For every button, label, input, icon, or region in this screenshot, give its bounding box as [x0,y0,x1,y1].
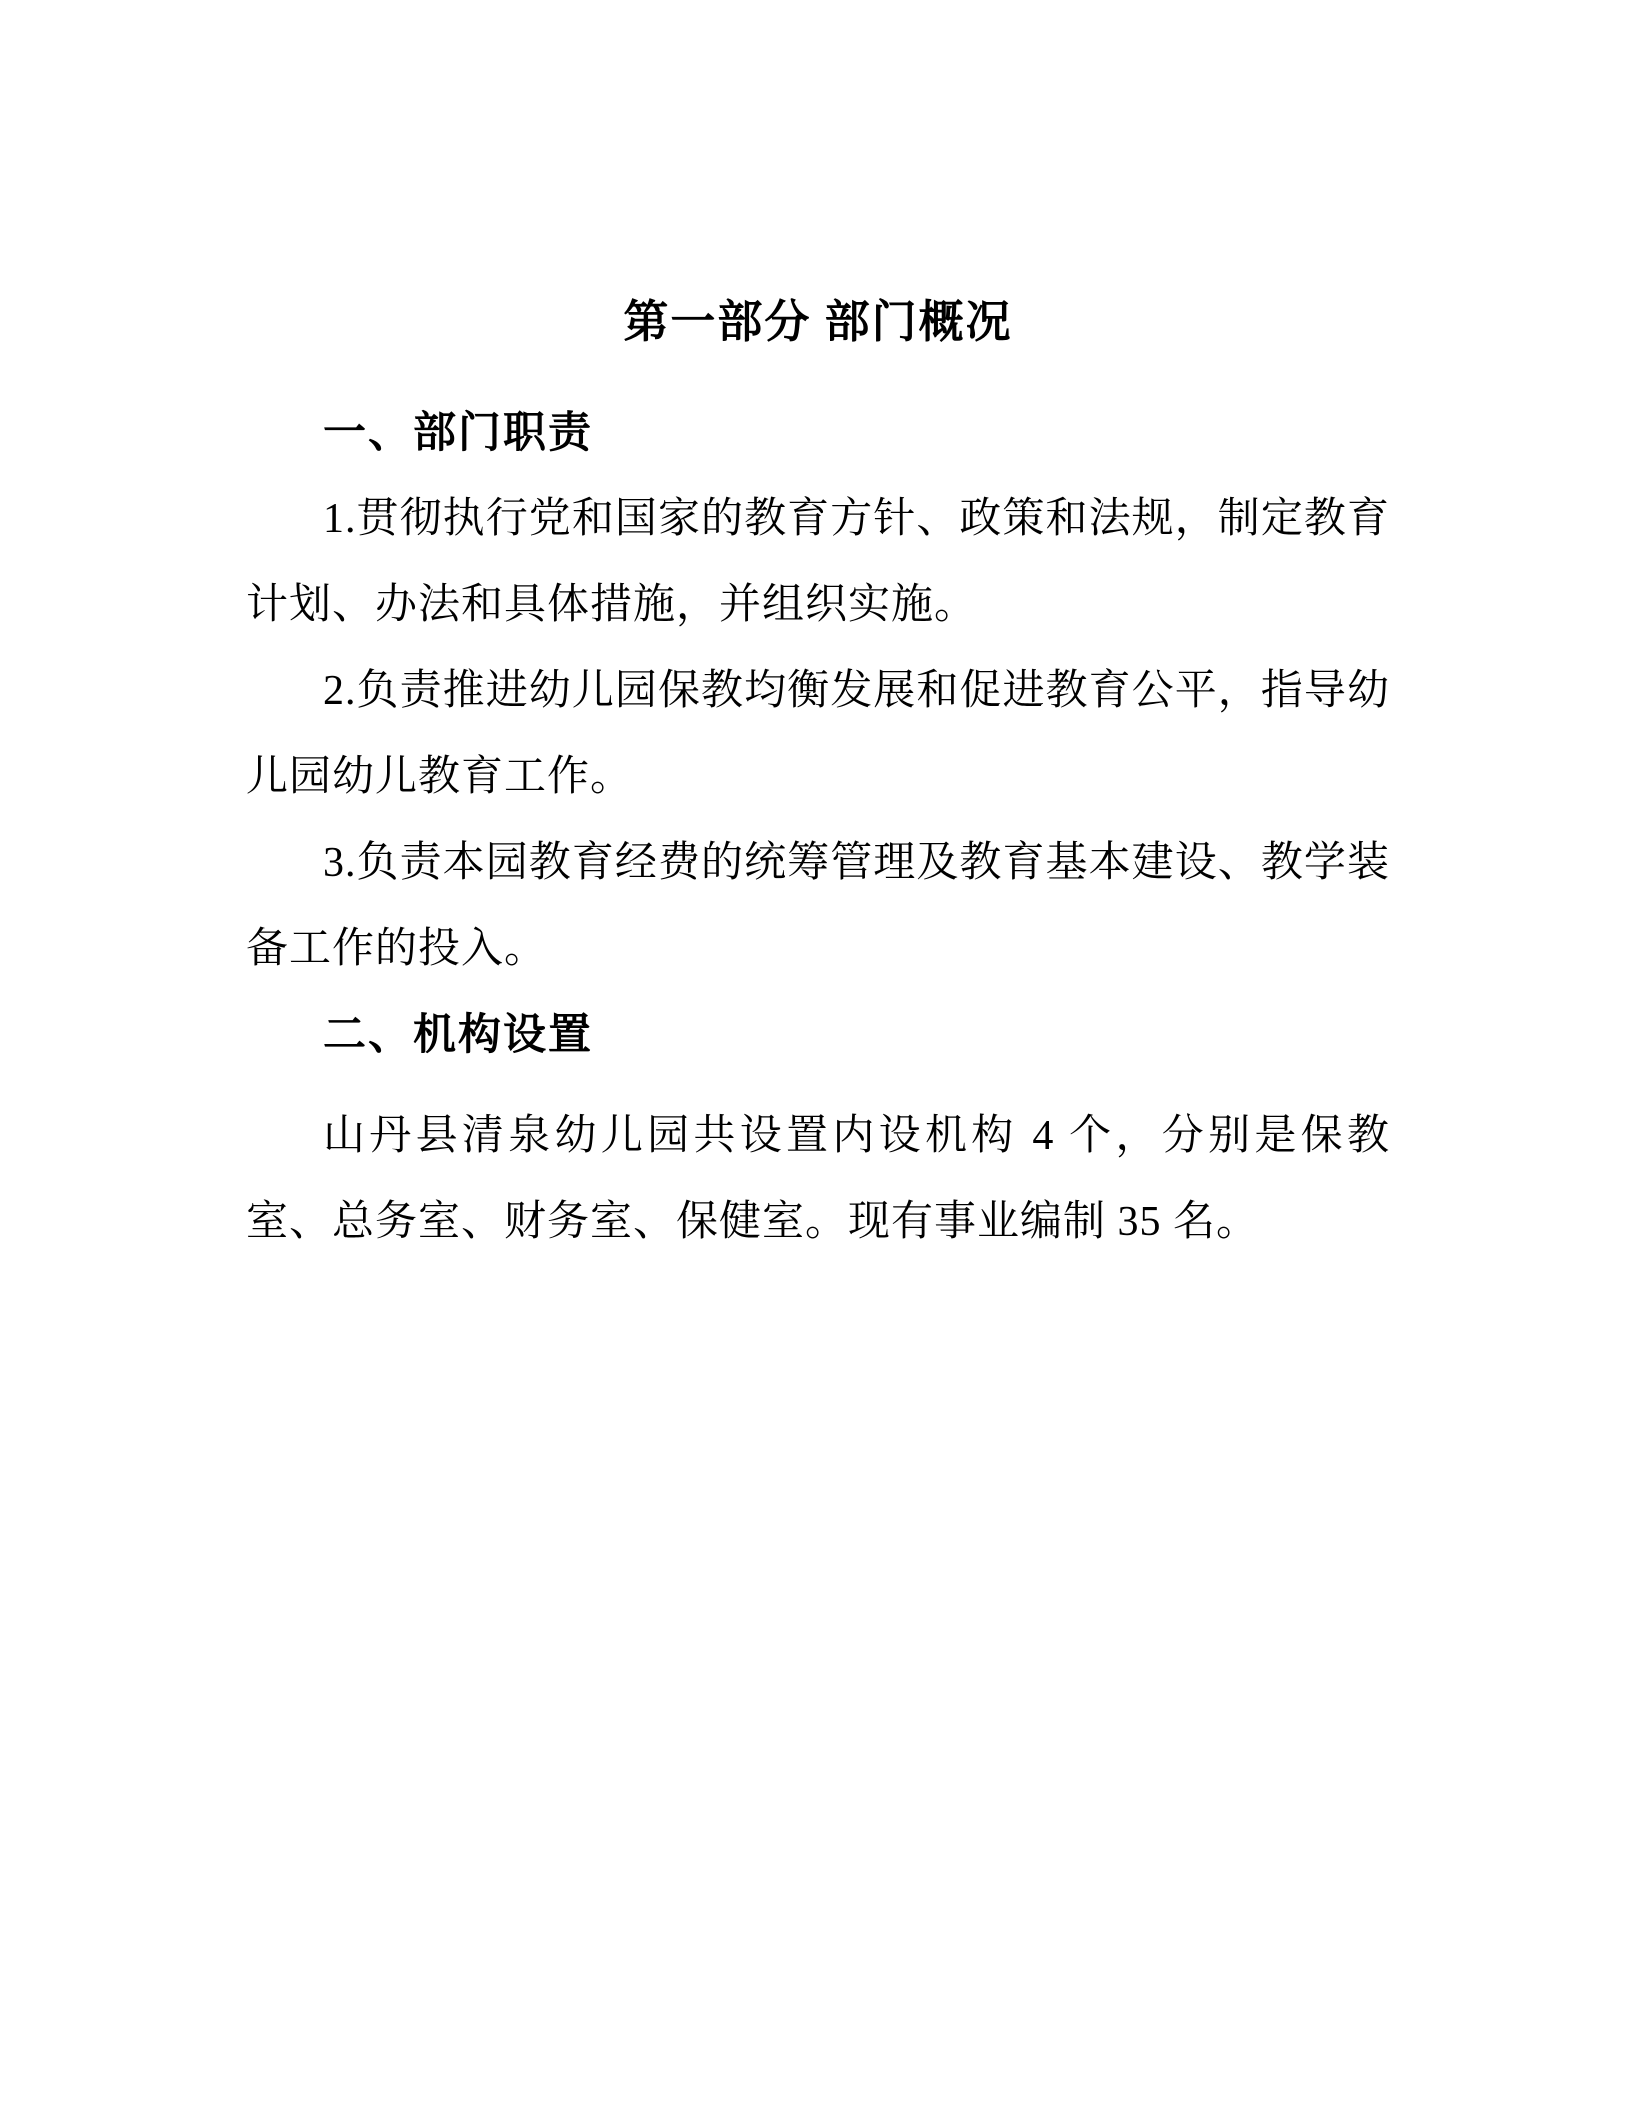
paragraph-duty-1: 1.贯彻执行党和国家的教育方针、政策和法规，制定教育计划、办法和具体措施，并组织… [246,476,1390,648]
paragraph-duty-2: 2.负责推进幼儿园保教均衡发展和促进教育公平，指导幼儿园幼儿教育工作。 [246,648,1390,820]
section-heading-organization: 二、机构设置 [246,992,1390,1078]
document-title: 第一部分 部门概况 [246,290,1390,354]
paragraph-duty-3: 3.负责本园教育经费的统筹管理及教育基本建设、教学装备工作的投入。 [246,820,1390,992]
paragraph-organization: 山丹县清泉幼儿园共设置内设机构 4 个，分别是保教室、总务室、财务室、保健室。现… [246,1093,1390,1265]
section-heading-duties: 一、部门职责 [246,390,1390,476]
document-page: 第一部分 部门概况 一、部门职责 1.贯彻执行党和国家的教育方针、政策和法规，制… [0,0,1632,2112]
